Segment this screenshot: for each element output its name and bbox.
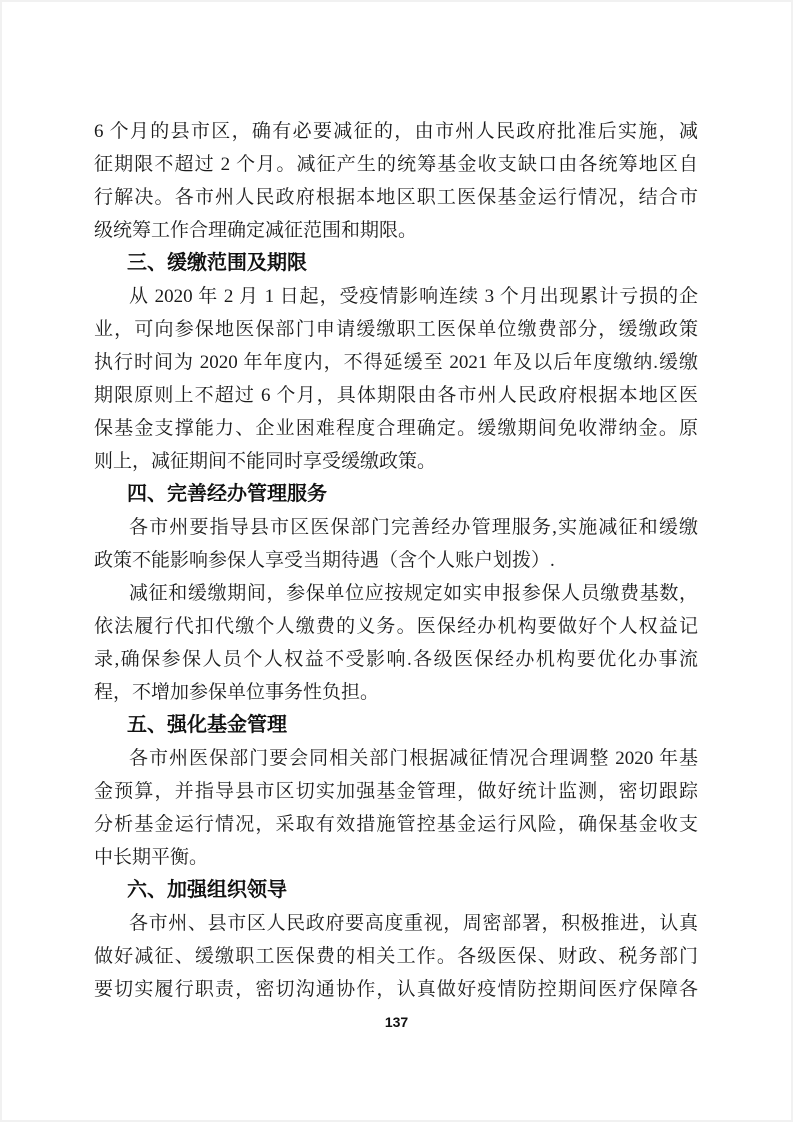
text-line: 6 个月的县市区，确有必要减征的，由市州人民政府批准后实施，减	[94, 115, 698, 148]
document-body: 6 个月的县市区，确有必要减征的，由市州人民政府批准后实施，减征期限不超过 2 …	[94, 115, 698, 1006]
text-line: 业，可向参保地医保部门申请缓缴职工医保单位缴费部分，缓缴政策	[94, 313, 698, 346]
text-line: 则上，减征期间不能同时享受缓缴政策。	[94, 445, 698, 478]
text-line: 征期限不超过 2 个月。减征产生的统筹基金收支缺口由各统筹地区自	[94, 148, 698, 181]
text-line: 期限原则上不超过 6 个月，具体期限由各市州人民政府根据本地区医	[94, 379, 698, 412]
section-heading: 四、完善经办管理服务	[94, 478, 698, 511]
text-line: 各市州要指导县市区医保部门完善经办管理服务,实施减征和缓缴	[94, 511, 698, 544]
text-line: 政策不能影响参保人享受当期待遇（含个人账户划拨）.	[94, 544, 698, 577]
section-heading: 五、强化基金管理	[94, 709, 698, 742]
text-line: 依法履行代扣代缴个人缴费的义务。医保经办机构要做好个人权益记	[94, 610, 698, 643]
text-line: 从 2020 年 2 月 1 日起，受疫情影响连续 3 个月出现累计亏损的企	[94, 280, 698, 313]
text-line: 程，不增加参保单位事务性负担。	[94, 676, 698, 709]
text-line: 减征和缓缴期间，参保单位应按规定如实申报参保人员缴费基数，	[94, 577, 698, 610]
text-line: 金预算，并指导县市区切实加强基金管理，做好统计监测，密切跟踪	[94, 775, 698, 808]
text-line: 录,确保参保人员个人权益不受影响.各级医保经办机构要优化办事流	[94, 643, 698, 676]
text-line: 中长期平衡。	[94, 841, 698, 874]
text-line: 做好减征、缓缴职工医保费的相关工作。各级医保、财政、税务部门	[94, 940, 698, 973]
text-line: 保基金支撑能力、企业困难程度合理确定。缓缴期间免收滞纳金。原	[94, 412, 698, 445]
text-line: 行解决。各市州人民政府根据本地区职工医保基金运行情况，结合市	[94, 181, 698, 214]
text-line: 要切实履行职责，密切沟通协作，认真做好疫情防控期间医疗保障各	[94, 973, 698, 1006]
text-line: 各市州医保部门要会同相关部门根据减征情况合理调整 2020 年基	[94, 742, 698, 775]
page-number: 137	[2, 1012, 791, 1032]
section-heading: 三、缓缴范围及期限	[94, 247, 698, 280]
section-heading: 六、加强组织领导	[94, 874, 698, 907]
text-line: 级统筹工作合理确定减征范围和期限。	[94, 214, 698, 247]
text-line: 分析基金运行情况，采取有效措施管控基金运行风险，确保基金收支	[94, 808, 698, 841]
text-line: 执行时间为 2020 年年度内，不得延缓至 2021 年及以后年度缴纳.缓缴	[94, 346, 698, 379]
document-page: 6 个月的县市区，确有必要减征的，由市州人民政府批准后实施，减征期限不超过 2 …	[0, 0, 793, 1122]
text-line: 各市州、县市区人民政府要高度重视，周密部署，积极推进，认真	[94, 907, 698, 940]
